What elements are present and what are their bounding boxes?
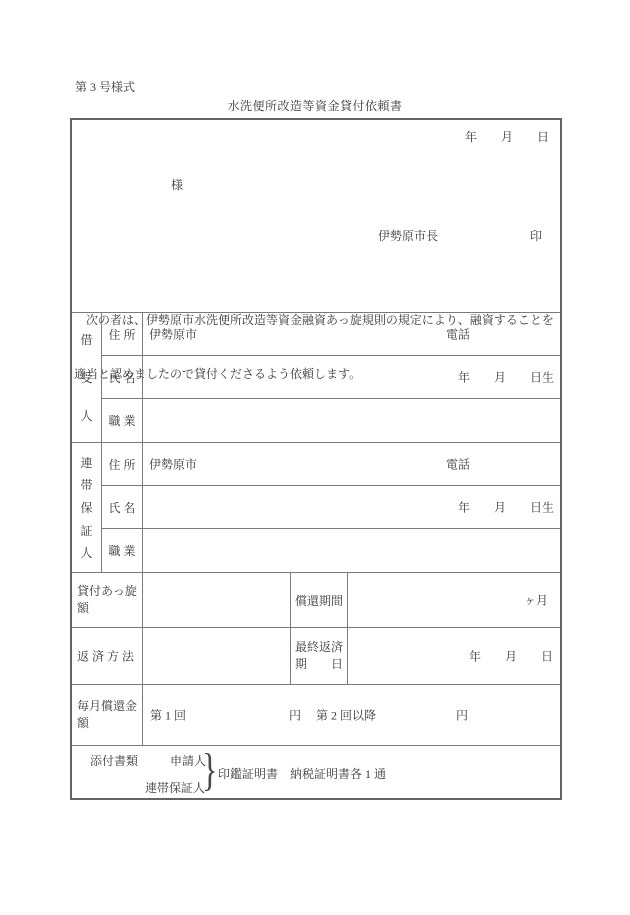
borrower-name-cell: 年 月 日生 [142,355,560,398]
attachments-label: 添付書類 [90,752,138,769]
guarantor-address-value: 伊勢原市 [149,456,197,473]
final-due-label-line1: 最終返済 [295,639,343,656]
borrower-birth-label: 年 月 日生 [458,369,554,386]
form-table: 借 受 人 住 所 伊勢原市 電話 氏 名 年 月 日生 職 業 連 帯 保 証… [72,312,560,798]
borrower-address-value: 伊勢原市 [149,326,197,343]
loan-amount-label: 貸付あっ旋 額 [72,572,142,627]
guarantor-char-1: 連 [80,454,92,471]
borrower-group-label: 借 受 人 [72,312,101,442]
final-due-label: 最終返済 期 日 [290,627,347,684]
monthly-second-unit: 円 [456,707,468,724]
borrower-address-cell: 伊勢原市 電話 [142,312,560,355]
monthly-repayment-label: 毎月償還金 額 [72,684,142,745]
loan-amount-label-line1: 貸付あっ旋 [77,583,137,600]
guarantor-group-label: 連 帯 保 証 人 [72,442,101,572]
attachments-docs: 印鑑証明書 納税証明書各 1 通 [218,765,386,782]
mayor-name: 伊勢原市長 [378,227,438,244]
form-number: 第 3 号様式 [75,78,135,95]
guarantor-name-cell: 年 月 日生 [142,485,560,528]
seal-mark: 印 [530,227,542,244]
guarantor-job-cell [142,528,560,572]
document-page: 第 3 号様式 水洗便所改造等資金貸付依頼書 年 月 日 様 伊勢原市長 印 次… [0,0,630,915]
borrower-address-label: 住 所 [101,312,142,355]
guarantor-address-label: 住 所 [101,442,142,485]
guarantor-birth-label: 年 月 日生 [458,499,554,516]
guarantor-phone-label: 電話 [446,456,470,473]
addressee-sama: 様 [171,176,183,193]
guarantor-job-label: 職 業 [101,528,142,572]
final-due-cell: 年 月 日 [347,627,560,684]
borrower-job-label: 職 業 [101,398,142,442]
guarantor-char-4: 証 [80,522,92,539]
borrower-name-label: 氏 名 [101,355,142,398]
loan-amount-label-line2: 額 [77,600,89,617]
borrower-phone-label: 電話 [446,326,470,343]
guarantor-char-3: 保 [80,499,92,516]
repayment-period-cell: ヶ月 [347,572,560,627]
monthly-repayment-label-line2: 額 [77,715,89,732]
final-due-date: 年 月 日 [469,648,553,665]
borrower-char-1: 借 [80,331,92,348]
monthly-second-label: 第 2 回以降 [316,707,376,724]
attachments-applicant-label: 申請人 [170,752,206,769]
document-title: 水洗便所改造等資金貸付依頼書 [0,97,630,114]
monthly-first-label: 第 1 回 [150,707,186,724]
attachments-guarantor-label: 連帯保証人 [145,779,205,796]
repayment-period-label: 償還期間 [290,572,347,627]
borrower-char-2: 受 [80,369,92,386]
borrower-job-cell [142,398,560,442]
attachments-row: 添付書類 申請人 連帯保証人 } 印鑑証明書 納税証明書各 1 通 [72,745,560,798]
final-due-label-line2: 期 日 [295,656,343,673]
guarantor-name-label: 氏 名 [101,485,142,528]
form-outer-box: 年 月 日 様 伊勢原市長 印 次の者は、伊勢原市水洗便所改造等資金融資あっ旋規… [70,118,562,800]
repayment-period-unit: ヶ月 [524,592,548,609]
monthly-first-unit: 円 [289,707,301,724]
monthly-repayment-cell: 第 1 回 円 第 2 回以降 円 [142,684,560,745]
attachments-brace: } [202,746,217,793]
repayment-method-label-cell: 返 済 方 法 [72,627,142,684]
header-date: 年 月 日 [465,128,549,145]
guarantor-char-2: 帯 [80,476,92,493]
repayment-method-value-cell [142,627,290,684]
guarantor-char-5: 人 [80,544,92,561]
borrower-char-3: 人 [80,407,92,424]
loan-amount-value-cell [142,572,290,627]
guarantor-address-cell: 伊勢原市 電話 [142,442,560,485]
repayment-method-label: 返 済 方 法 [77,648,134,665]
monthly-repayment-label-line1: 毎月償還金 [77,698,137,715]
